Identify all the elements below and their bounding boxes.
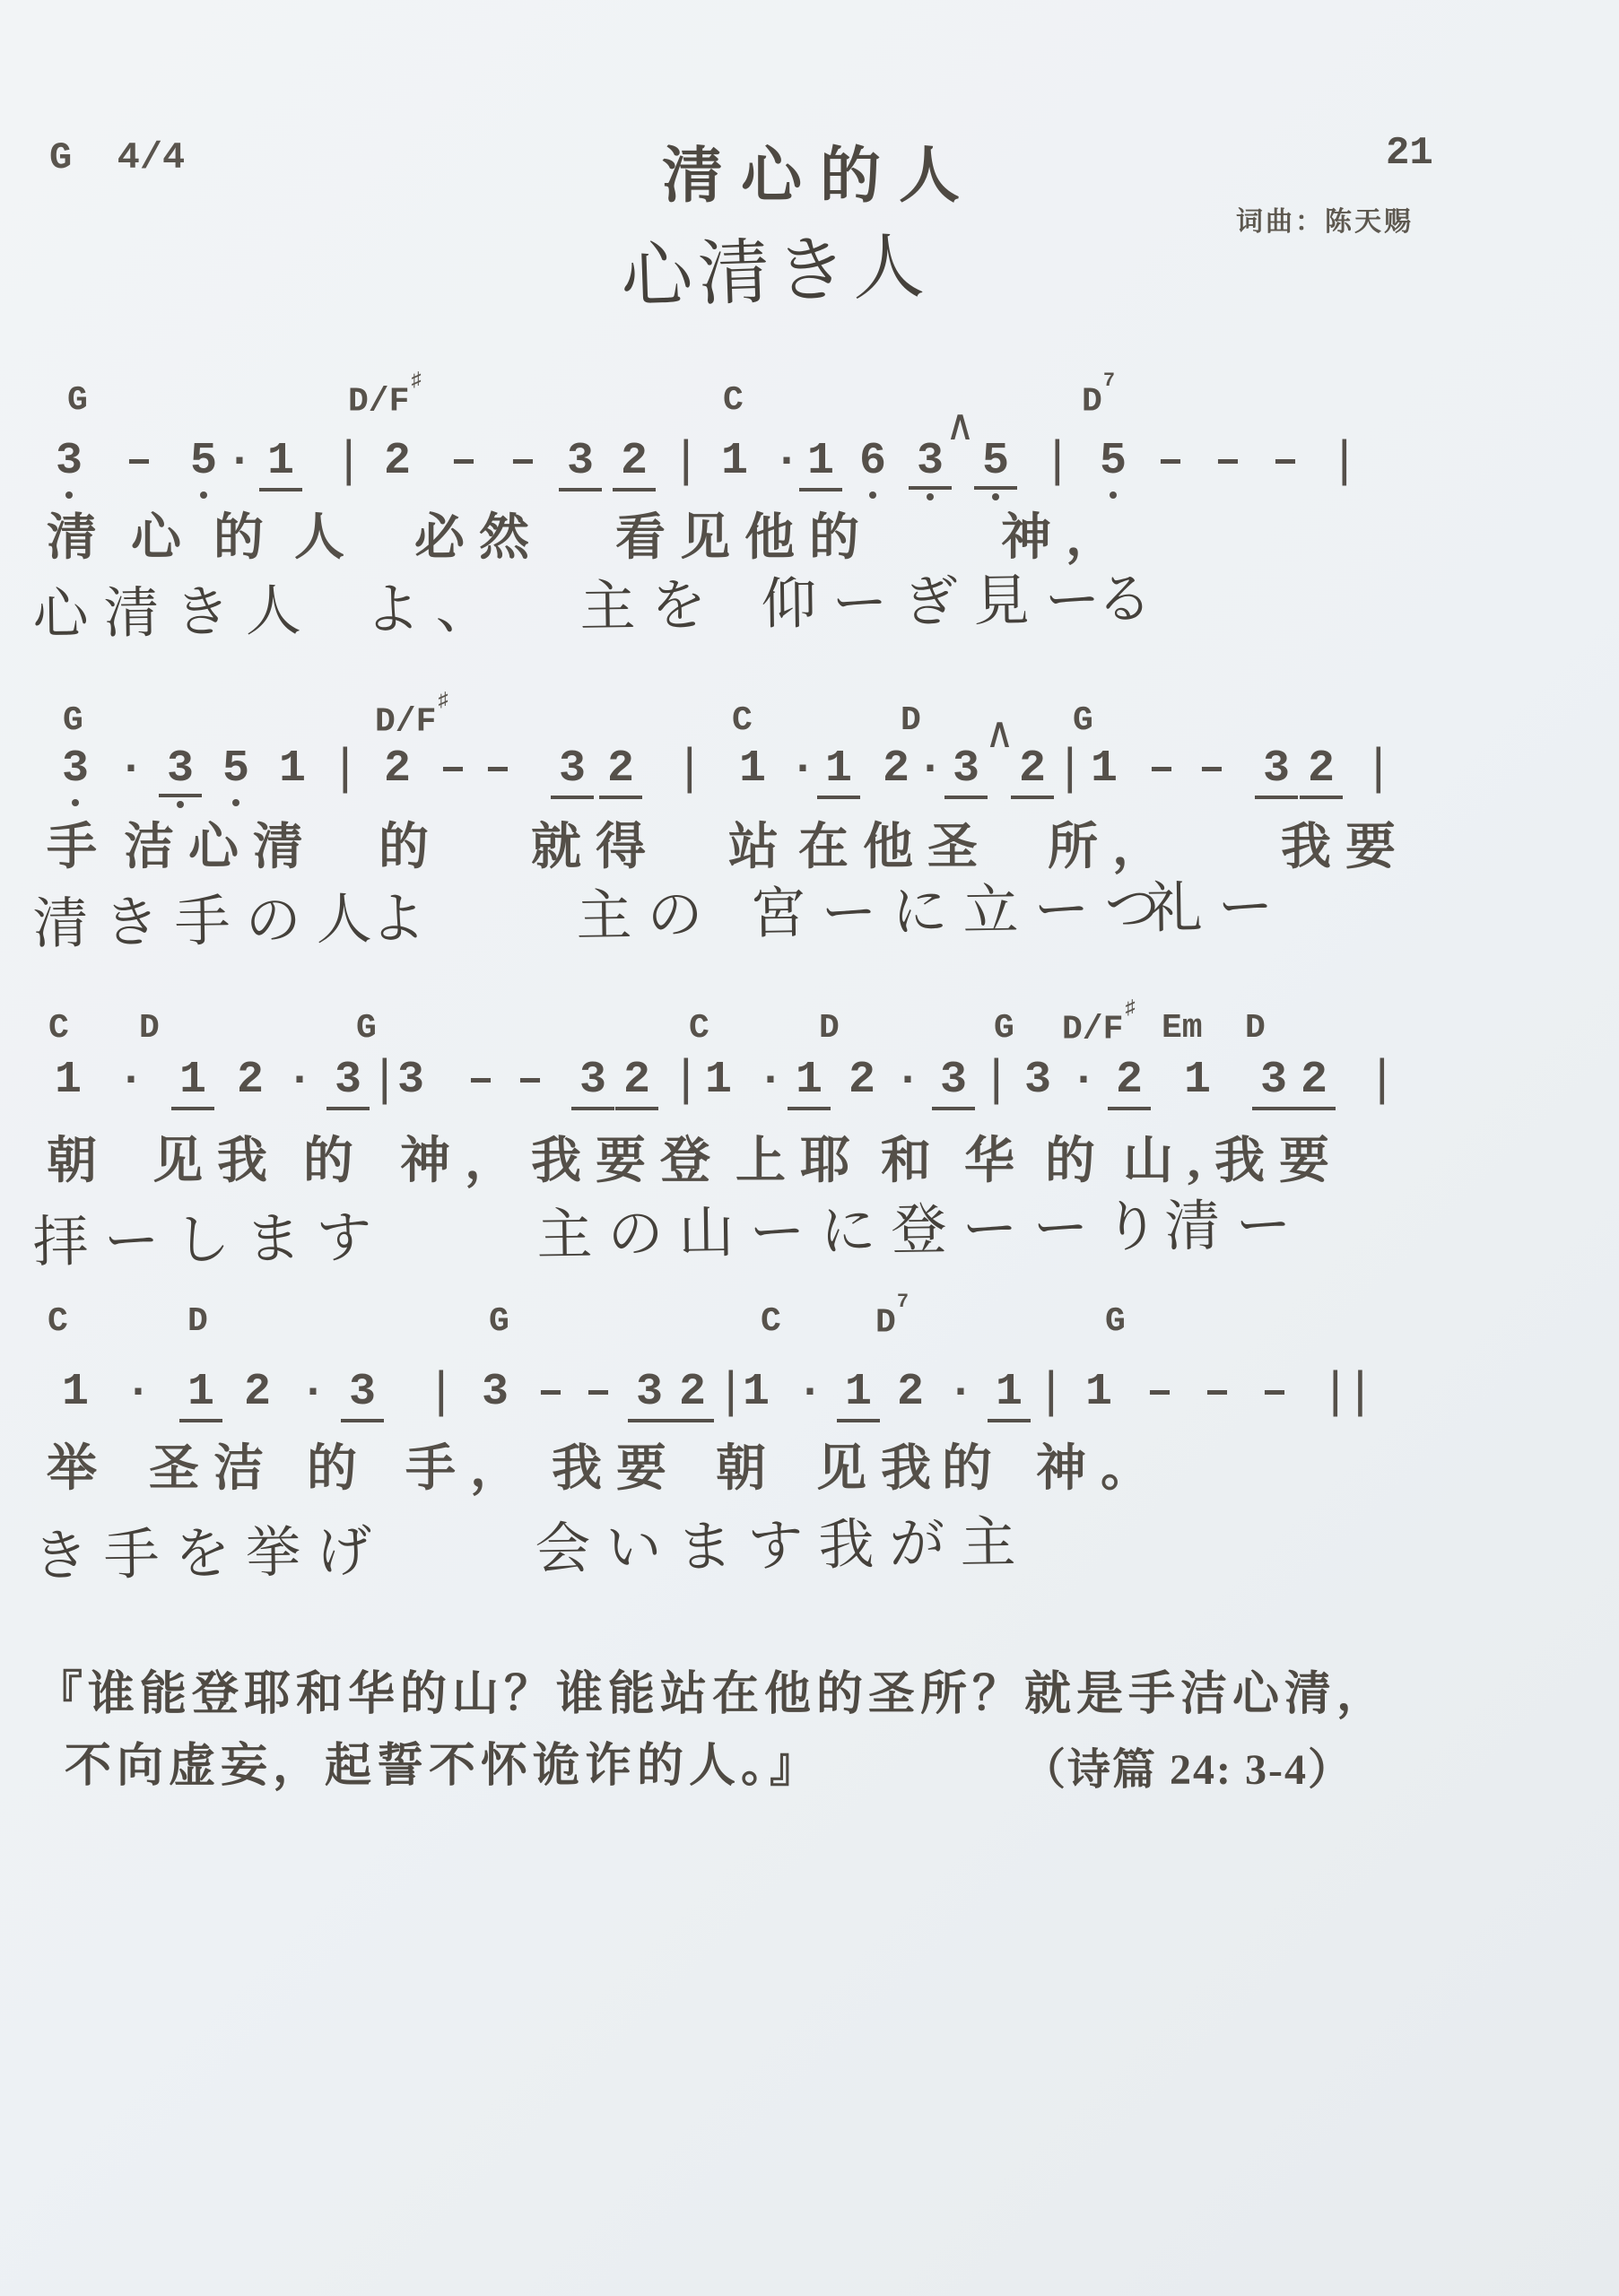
chord-symbol: C: [48, 1012, 69, 1046]
lyric-chinese: 举: [47, 1440, 111, 1498]
note-digit: 2: [849, 1058, 875, 1103]
dotted-note-dot: ·: [757, 1058, 784, 1103]
lyric-chinese: 神，: [400, 1133, 529, 1190]
dotted-note-dot: ·: [118, 1058, 144, 1103]
dotted-note-dot: ·: [773, 439, 800, 484]
chord-symbol: G: [1073, 704, 1093, 738]
lyric-chinese: 人: [294, 509, 359, 567]
lyric-chinese: 手，: [405, 1440, 535, 1498]
dotted-note-dot: ·: [226, 439, 253, 484]
dotted-note-dot: ·: [947, 1370, 974, 1415]
chord-symbol: Em: [1162, 1012, 1203, 1046]
note-digit: 2: [1293, 1058, 1336, 1110]
chord-symbol: G: [356, 1012, 377, 1046]
note-digit: 2: [615, 1058, 658, 1110]
duration-dash: –: [467, 1058, 494, 1103]
barline: ||: [1320, 1368, 1370, 1418]
duration-dash: –: [1214, 439, 1241, 484]
note-digit: 3: [482, 1370, 509, 1415]
lyric-chinese: 山,我要: [1123, 1133, 1344, 1190]
note-digit: 3: [628, 1370, 671, 1422]
note-digit: 5: [1100, 439, 1127, 486]
barline: |: [675, 744, 700, 795]
note-digit: 1: [171, 1058, 214, 1110]
note-digit: 1: [705, 1058, 732, 1103]
duration-dash: –: [484, 747, 511, 792]
slur-mark: ∧: [987, 715, 1013, 758]
lyric-chinese: 洁心清: [124, 819, 318, 876]
barline: |: [671, 1056, 696, 1106]
lyric-japanese-handwritten: 仰ーぎ見ー: [761, 570, 1116, 636]
note-digit: 1: [988, 1370, 1031, 1422]
note-digit: 3: [1252, 1058, 1295, 1110]
duration-dash: –: [1261, 1370, 1288, 1415]
note-digit: 2: [1108, 1058, 1151, 1110]
dotted-note-dot: ·: [286, 1058, 313, 1103]
duration-dash: –: [1148, 747, 1175, 792]
duration-dash: –: [1272, 439, 1299, 484]
duration-dash: –: [585, 1370, 612, 1415]
chord-symbol: D: [139, 1012, 160, 1046]
lyrics-japanese-row: 拝ーします主の山ーに登ーーり清ー: [0, 1190, 1619, 1213]
note-digit: 1: [279, 747, 306, 792]
dotted-note-dot: ·: [118, 747, 144, 792]
duration-dash: –: [1146, 1370, 1173, 1415]
note-digit: 6: [859, 439, 886, 486]
dotted-note-dot: ·: [796, 1370, 823, 1415]
lyric-japanese-handwritten: 拝ーします: [32, 1208, 387, 1274]
barline: |: [981, 1056, 1006, 1106]
chord-symbol: C: [689, 1012, 709, 1046]
composer-credit: 词曲：陈天赐: [1236, 199, 1414, 239]
lyric-japanese-handwritten: 礼ー: [1146, 877, 1289, 940]
lyric-chinese: 朝: [716, 1440, 780, 1498]
lyric-chinese: 我要: [1281, 819, 1410, 876]
barline: |: [1329, 437, 1354, 487]
note-digit: 1: [179, 1370, 222, 1422]
note-digit: 1: [55, 1058, 82, 1103]
dotted-note-dot: ·: [917, 747, 944, 792]
note-digit: 3: [551, 747, 594, 799]
lyric-japanese-handwritten: 宮ーに立ーつ: [750, 878, 1176, 945]
chord-symbol: G: [1105, 1305, 1126, 1339]
lyric-chinese: 心: [131, 509, 196, 567]
duration-dash: –: [126, 439, 152, 484]
chord-symbol: D/F♯: [375, 704, 448, 740]
lyric-japanese-handwritten: よ、: [364, 578, 507, 641]
key-time-signature: G 4/4: [49, 136, 185, 179]
barline: |: [1367, 1056, 1392, 1106]
duration-dash: –: [537, 1370, 564, 1415]
lyric-chinese: 的: [379, 819, 443, 876]
chord-symbol: D/F♯: [1062, 1012, 1136, 1048]
dotted-note-dot: ·: [1070, 1058, 1097, 1103]
lyric-japanese-handwritten: 主の山ーに登ーーり: [536, 1196, 1175, 1266]
lyric-chinese: 的: [303, 1133, 368, 1190]
dotted-note-dot: ·: [300, 1370, 326, 1415]
lyric-japanese-handwritten: 主を: [579, 575, 722, 638]
lyric-chinese: 清: [47, 509, 111, 567]
lyric-chinese: 圣洁: [149, 1440, 278, 1498]
lyric-chinese: 神，: [1001, 509, 1130, 567]
note-digit: 5: [190, 439, 217, 486]
dotted-note-dot: ·: [789, 747, 816, 792]
chord-symbol: G: [489, 1305, 509, 1339]
chord-symbol: D: [187, 1305, 208, 1339]
chord-symbol: D: [1245, 1012, 1266, 1046]
lyric-japanese-handwritten: 清ー: [1164, 1195, 1307, 1257]
chord-accidental: 7: [1103, 370, 1115, 392]
duration-dash: –: [1204, 1370, 1231, 1415]
barline: |: [1363, 744, 1388, 795]
lyric-chinese: 我要登: [531, 1133, 725, 1190]
lyric-chinese: 我要: [552, 1440, 681, 1498]
barline: |: [426, 1368, 451, 1418]
lyric-chinese: 站: [728, 819, 793, 876]
chord-symbol: D7: [875, 1305, 908, 1341]
note-digit: 5: [222, 747, 249, 794]
chord-symbol: D: [819, 1012, 840, 1046]
note-digit: 2: [237, 1058, 264, 1103]
note-digit: 2: [613, 439, 656, 491]
note-digit: 3: [559, 439, 602, 491]
song-title-chinese: 清心的人: [662, 127, 978, 214]
barline: |: [716, 1368, 741, 1418]
lyric-japanese-handwritten: 清き手の人: [32, 890, 387, 956]
lyric-chinese: 的: [942, 1440, 1006, 1498]
lyric-chinese: 和: [881, 1133, 945, 1190]
lyric-chinese: 必然: [414, 509, 544, 567]
note-digit: 3: [56, 439, 83, 486]
note-digit: 2: [671, 1370, 714, 1422]
note-digit: 3: [944, 747, 988, 799]
duration-dash: –: [517, 1058, 544, 1103]
lyric-chinese: 在他圣: [798, 819, 992, 876]
barline: |: [1036, 1368, 1061, 1418]
note-digit: 1: [799, 439, 842, 491]
duration-dash: –: [440, 747, 466, 792]
note-digit: 3: [326, 1058, 370, 1110]
lyric-chinese: 的: [307, 1440, 371, 1498]
note-digit: 1: [259, 439, 302, 491]
chord-symbol: G: [67, 384, 88, 418]
duration-dash: –: [509, 439, 536, 484]
barline: |: [334, 437, 359, 487]
note-digit: 2: [1300, 747, 1343, 799]
note-digit: 2: [599, 747, 642, 799]
note-digit: 3: [341, 1370, 384, 1422]
lyric-chinese: 华: [964, 1133, 1029, 1190]
lyric-chinese: 上耶: [736, 1133, 865, 1190]
lyric-japanese-handwritten: 会います我が主: [535, 1513, 1031, 1581]
lyric-japanese-handwritten: 主の: [576, 884, 718, 947]
duration-dash: –: [450, 439, 477, 484]
note-digit: 1: [739, 747, 766, 792]
lyric-chinese: 所，: [1048, 819, 1177, 876]
note-digit: 2: [244, 1370, 271, 1415]
lyric-chinese: 的: [1045, 1133, 1110, 1190]
lyric-japanese-handwritten: る: [1096, 569, 1168, 631]
note-digit: 3: [932, 1058, 975, 1110]
note-digit: 1: [1184, 1058, 1211, 1103]
chord-symbol: D7: [1082, 384, 1114, 420]
lyric-chinese: 就得: [531, 819, 660, 876]
lyric-chinese: 神。: [1036, 1440, 1165, 1498]
note-digit: 3: [159, 747, 202, 797]
chord-symbol: G: [994, 1012, 1014, 1046]
chord-accidental: ♯: [437, 690, 448, 712]
note-digit: 2: [1011, 747, 1054, 799]
barline: |: [370, 1056, 395, 1106]
note-digit: 1: [817, 747, 860, 799]
chord-accidental: ♯: [1124, 997, 1136, 1020]
note-digit: 2: [384, 439, 411, 484]
note-digit: 3: [571, 1058, 614, 1110]
scripture-quote-line-1: 『谁能登耶和华的山？谁能站在他的圣所？就是手洁心清，: [36, 1656, 1388, 1723]
note-digit: 2: [883, 747, 910, 792]
lyric-japanese-handwritten: よ: [370, 889, 441, 951]
song-title-japanese-handwritten: 心清き人: [619, 208, 931, 322]
duration-dash: –: [1198, 747, 1225, 792]
lyric-chinese: 看见他的: [615, 509, 874, 567]
note-digit: 5: [974, 439, 1017, 490]
slur-mark: ∧: [947, 407, 973, 450]
scripture-quote-line-2: 不向虚妄，起誓不怀诡诈的人。』: [65, 1727, 822, 1795]
lyric-chinese: 见我: [152, 1133, 282, 1190]
chord-symbol: C: [732, 704, 753, 738]
chord-symbol: C: [761, 1305, 781, 1339]
lyric-chinese: 手: [47, 819, 111, 876]
lyric-japanese-handwritten: 心清き人: [32, 581, 317, 647]
chord-symbol: D: [901, 704, 921, 738]
lyric-chinese: 见我: [816, 1440, 945, 1498]
lyric-chinese: 的: [213, 509, 278, 567]
duration-dash: –: [1157, 439, 1184, 484]
note-digit: 3: [1255, 747, 1298, 799]
note-digit: 2: [384, 747, 411, 792]
barline: |: [1055, 744, 1080, 795]
lyric-chinese: 朝: [47, 1133, 111, 1190]
note-digit: 1: [743, 1370, 770, 1415]
chord-symbol: C: [48, 1305, 68, 1339]
lyric-japanese-handwritten: き手を挙げ: [32, 1522, 387, 1588]
dotted-note-dot: ·: [125, 1370, 152, 1415]
note-digit: 1: [1091, 747, 1118, 792]
chord-accidental: 7: [897, 1291, 909, 1313]
barline: |: [1042, 437, 1067, 487]
chord-symbol: D/F♯: [348, 384, 422, 420]
note-digit: 3: [909, 439, 952, 490]
barline: |: [330, 744, 355, 795]
note-digit: 1: [721, 439, 748, 484]
chord-symbol: C: [723, 384, 744, 418]
dotted-note-dot: ·: [894, 1058, 921, 1103]
note-digit: 2: [897, 1370, 924, 1415]
barline: |: [671, 437, 696, 487]
note-digit: 1: [837, 1370, 880, 1422]
note-digit: 1: [62, 1370, 89, 1415]
scripture-reference: （诗篇 24: 3-4）: [1023, 1735, 1353, 1796]
chord-symbol: G: [63, 704, 83, 738]
note-digit: 3: [397, 1058, 424, 1103]
chord-accidental: ♯: [410, 370, 422, 392]
page-number: 21: [1386, 131, 1433, 176]
note-digit: 3: [1024, 1058, 1051, 1103]
note-digit: 3: [62, 747, 89, 794]
note-digit: 1: [788, 1058, 831, 1110]
lyrics-japanese-row: き手を挙げ会います我が主: [0, 1504, 1619, 1526]
sheet-music-page: { "header": { "key_time": "G 4/4", "titl…: [0, 0, 1619, 2296]
note-digit: 1: [1085, 1370, 1112, 1415]
